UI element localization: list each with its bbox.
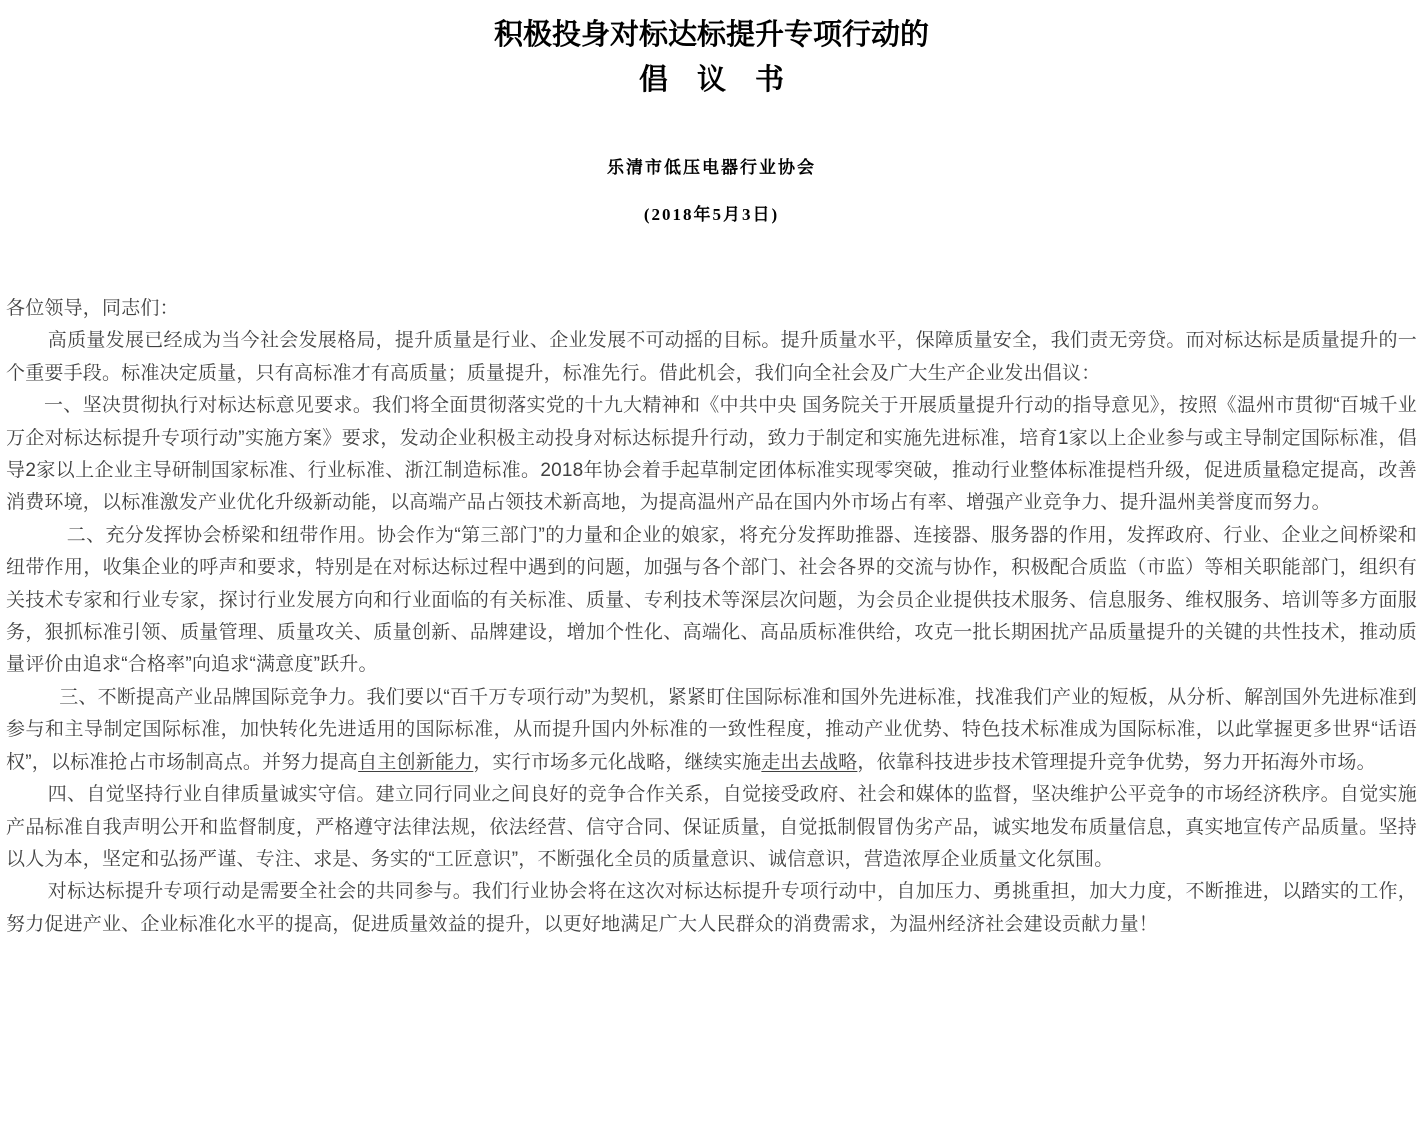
paragraph-four: 四、自觉坚持行业自律质量诚实守信。建立同行同业之间良好的竞争合作关系，自觉接受政… [6,779,1417,876]
document-date: (2018年5月3日) [6,205,1417,225]
document-page: 积极投身对标达标提升专项行动的 倡 议 书 乐清市低压电器行业协会 (2018年… [0,0,1423,941]
paragraph-three: 三、不断提高产业品牌国际竞争力。我们要以“百千万专项行动”为契机，紧紧盯住国际标… [6,682,1417,779]
paragraph-three-text-after: ，依靠科技进步技术管理提升竞争优势，努力开拓海外市场。 [857,752,1375,773]
document-author: 乐清市低压电器行业协会 [6,158,1417,178]
salutation: 各位领导，同志们： [6,293,1417,325]
paragraph-closing: 对标达标提升专项行动是需要全社会的共同参与。我们行业协会将在这次对标达标提升专项… [6,876,1417,941]
paragraph-one: 一、坚决贯彻执行对标达标意见要求。我们将全面贯彻落实党的十九大精神和《中共中央 … [6,390,1417,520]
underlined-term-independent-innovation: 自主创新能力 [358,752,473,773]
paragraph-three-text-middle: ，实行市场多元化战略，继续实施 [473,752,761,773]
document-title-line2: 倡 议 书 [6,58,1417,103]
document-body: 各位领导，同志们： 高质量发展已经成为当今社会发展格局，提升质量是行业、企业发展… [6,293,1417,941]
paragraph-two: 二、充分发挥协会桥梁和纽带作用。协会作为“第三部门”的力量和企业的娘家，将充分发… [6,520,1417,682]
underlined-term-going-global-strategy: 走出去战略 [761,752,857,773]
document-title-line1: 积极投身对标达标提升专项行动的 [6,0,1417,58]
paragraph-intro: 高质量发展已经成为当今社会发展格局，提升质量是行业、企业发展不可动摇的目标。提升… [6,325,1417,390]
